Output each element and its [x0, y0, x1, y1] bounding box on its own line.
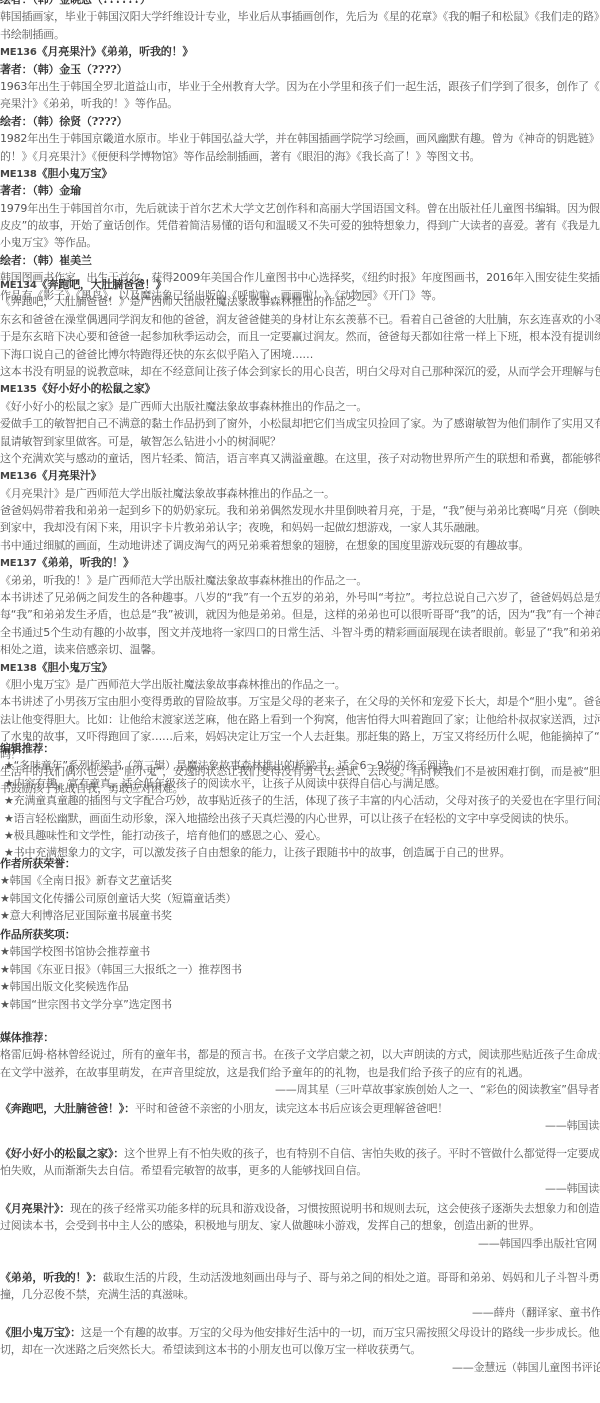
recommendation-item: ★内容有趣，富有童真，适合低年级孩子的阅读水平，让孩子从阅读中获得自信心与满足感… — [0, 775, 600, 792]
editor-recommendation: 编辑推荐： ★“多味童年”系列桥梁书（第三辑）是魔法象故事森林推出的桥梁书，适合… — [0, 740, 600, 862]
quote-title: 《胆小鬼万宝》： — [0, 1326, 81, 1339]
media-quote: 《弟弟，听我的！》：截取生活的片段，生动活泼地刻画出母与子、哥与弟之间的相处之道… — [0, 1269, 600, 1321]
intro-top: 绘者：（韩）金晓恩（??????） 韩国插画家，毕业于韩国汉阳大学纤维设计专业，… — [0, 0, 600, 304]
quote-text: 平时和爸爸不亲密的小朋友，读完这本书后应该会更理解爸爸吧！ — [135, 1102, 448, 1115]
book-code: ME136 — [0, 471, 37, 482]
section-heading: 作品所获奖项： — [0, 926, 242, 943]
honor-item: ★意大利博洛尼亚国际童书展童书奖 — [0, 907, 236, 924]
book-text-line: 这本书没有明显的说教意味，却在不经意间让孩子体会到家长的用心良苦，明白父母对自己… — [0, 363, 600, 380]
book-text-line: 下海口说自己的爸爸比博尔特跑得还快的东玄似乎陷入了困境…… — [0, 346, 600, 363]
recommendation-item: ★极具趣味性和文学性，能打动孩子，培育他们的感恩之心、爱心。 — [0, 827, 600, 844]
writer-bio-line: 1963年出生于韩国全罗北道益山市，毕业于全州教育大学。因为在小学里和孩子们一起… — [0, 78, 600, 95]
writer-label: 著者：（韩）金瑜 — [0, 182, 600, 199]
quote-text: 现在的孩子经常买功能多样的玩具和游戏设备，习惯按照说明书和规则去玩，这会使孩子逐… — [70, 1202, 600, 1215]
books-section: ME134《奔跑吧，大肚腩爸爸！》 《奔跑吧，大肚腩爸爸！》是广西师大出版社魔法… — [0, 276, 600, 798]
book-code-title: ME134《奔跑吧，大肚腩爸爸！》 — [0, 276, 600, 293]
quote-signature: ——韩国读者 — [0, 1117, 600, 1134]
illustrator-bio-line: 韩国插画家，毕业于韩国汉阳大学纤维设计专业，毕业后从事插画创作，先后为《星的花章… — [0, 8, 600, 25]
honor-item: ★韩国《全南日报》新春文艺童话奖 — [0, 872, 236, 889]
quote-title: 《奔跑吧，大肚腩爸爸！》： — [0, 1102, 135, 1115]
quote-text: 这个世界上有不怕失败的孩子，也有特别不自信、害怕失败的孩子。平时不管做什么都觉得… — [124, 1147, 600, 1160]
media-quote: 《好小好小的松鼠之家》：这个世界上有不怕失败的孩子，也有特别不自信、害怕失败的孩… — [0, 1145, 600, 1197]
illustrator-bio-line: 书绘制插画。 — [0, 26, 600, 43]
illustrator-label: 绘者：（韩）崔美兰 — [0, 252, 600, 269]
book-text-line: 爸爸妈妈带着我和弟弟一起到乡下的奶奶家玩。我和弟弟偶然发现水井里倒映着月亮，于是… — [0, 502, 600, 519]
book-title: 《胆小鬼万宝》 — [37, 661, 113, 674]
recommendation-item: ★语言轻松幽默，画面生动形象，深入地描绘出孩子天真烂漫的内心世界，可以让孩子在轻… — [0, 810, 600, 827]
book-title: 《月亮果汁》《弟弟，听我的！》 — [37, 45, 194, 58]
book-code-title: ME138《胆小鬼万宝》 — [0, 165, 600, 182]
section-heading: 媒体推荐： — [0, 1029, 600, 1046]
book-title: 《好小好小的松鼠之家》 — [37, 382, 156, 395]
book-text-line: 书中通过细腻的画面，生动地讲述了调皮淘气的两兄弟乘着想象的翅膀，在想象的国度里游… — [0, 537, 600, 554]
book-code: ME138 — [0, 169, 37, 180]
illustrator-bio-line: 的！》《月亮果汁》《便便科学博物馆》等作品绘制插画，著有《眼泪的海》《我长高了！… — [0, 148, 600, 165]
book-text-line: 东玄和爸爸在澡堂偶遇同学润友和他的爸爸，润友爸爸健美的身材让东玄羡慕不已。看着自… — [0, 311, 600, 328]
writer-bio-line: 皮皮”的故事，开始了童话创作。凭借着简洁易懂的语句和温暖又不失可爱的独特想象力，… — [0, 217, 600, 234]
book-code: ME138 — [0, 663, 37, 674]
book-text-line: 《弟弟，听我的！》是广西师范大学出版社魔法象故事森林推出的作品之一。 — [0, 572, 600, 589]
writer-label: 著者：（韩）金玉（????） — [0, 61, 600, 78]
book-text-line: 《胆小鬼万宝》是广西师范大学出版社魔法象故事森林推出的作品之一。 — [0, 676, 600, 693]
author-honors: 作者所获荣誉： ★韩国《全南日报》新春文艺童话奖 ★韩国文化传播公司原创童话大奖… — [0, 855, 236, 925]
book-text-line: 《月亮果汁》是广西师范大学出版社魔法象故事森林推出的作品之一。 — [0, 485, 600, 502]
book-code-title: ME136《月亮果汁》《弟弟，听我的！》 — [0, 43, 600, 60]
quote-text: 截取生活的片段，生动活泼地刻画出母与子、哥与弟之间的相处之道。哥哥和弟弟、妈妈和… — [103, 1271, 600, 1284]
book-text-line: 爱做手工的敏智把自己不满意的黏土作品扔到了窗外，小松鼠却把它们当成宝贝捡回了家。… — [0, 415, 600, 432]
book-text-line: 本书讲述了小男孩万宝由胆小变得勇敢的冒险故事。万宝是父母的老来子，在父母的关怀和… — [0, 693, 600, 710]
book-code: ME134 — [0, 280, 37, 291]
section-heading: 编辑推荐： — [0, 740, 600, 757]
media-text-line: 在文学中滋养，在故事里萌发，在声音里绽放，这是我们给予童年的的礼物，也是我们给予… — [0, 1064, 600, 1081]
book-text-line: 这个充满欢笑与感动的童话，图片轻柔、简洁，语言率真又满溢童趣。在这里，孩子对动物… — [0, 450, 600, 467]
quote-text: 切，却在一次迷路之后突然长大。希望读到这本书的小朋友也可以像万宝一样收获勇气。 — [0, 1341, 600, 1358]
section-heading: 作者所获荣誉： — [0, 855, 236, 872]
quote-text: 怕失败，从而渐渐失去自信。希望看完敏智的故事，更多的人能够找回自信。 — [0, 1162, 600, 1179]
writer-bio-line: 亮果汁》《弟弟，听我的！》等作品。 — [0, 95, 600, 112]
quote-text: 撞，几分忍俊不禁，充满生活的真滋味。 — [0, 1286, 600, 1303]
writer-bio-line: 小鬼万宝》等作品。 — [0, 234, 600, 251]
quote-signature: ——金慧远（韩国儿童图书评论家） — [0, 1359, 600, 1376]
media-text-line: 格雷厄姆·格林曾经说过，所有的童年书，都是的预言书。在孩子文学启蒙之初，以大声朗… — [0, 1046, 600, 1063]
writer-bio-line: 1979年出生于韩国首尔市，先后就读于首尔艺术大学文艺创作科和高丽大学国语国文科… — [0, 200, 600, 217]
quote-signature: ——韩国读者 — [0, 1180, 600, 1197]
quote-title: 《弟弟，听我的！》： — [0, 1271, 103, 1284]
award-item: ★韩国《东亚日报》（韩国三大报纸之一）推荐图书 — [0, 961, 242, 978]
book-title: 《胆小鬼万宝》 — [37, 167, 113, 180]
award-item: ★韩国出版文化奖候选作品 — [0, 978, 242, 995]
award-item: ★韩国“世宗图书文学分享”选定图书 — [0, 996, 242, 1013]
award-item: ★韩国学校图书馆协会推荐童书 — [0, 943, 242, 960]
quote-signature: ——韩国四季出版社官网 — [0, 1235, 600, 1252]
book-code-title: ME138《胆小鬼万宝》 — [0, 659, 600, 676]
book-code-title: ME137《弟弟，听我的！》 — [0, 554, 600, 571]
honor-item: ★韩国文化传播公司原创童话大奖（短篇童话类） — [0, 890, 236, 907]
recommendation-item: ★充满童真童趣的插图与文字配合巧妙，故事贴近孩子的生活，体现了孩子丰富的内心活动… — [0, 792, 600, 809]
book-title: 《弟弟，听我的！》 — [37, 556, 134, 569]
illustrator-label: 绘者：（韩）金晓恩（??????） — [0, 0, 600, 8]
media-quote: 《月亮果汁》：现在的孩子经常买功能多样的玩具和游戏设备，习惯按照说明书和规则去玩… — [0, 1200, 600, 1252]
book-code: ME137 — [0, 558, 37, 569]
book-title: 《月亮果汁》 — [37, 469, 102, 482]
quote-title: 《月亮果汁》： — [0, 1202, 70, 1215]
book-text-line: 每“我”和弟弟发生矛盾，也总是“我”被训，就因为他是弟弟。但是，这样的弟弟也可以… — [0, 606, 600, 623]
media-recommendation: 媒体推荐： 格雷厄姆·格林曾经说过，所有的童年书，都是的预言书。在孩子文学启蒙之… — [0, 1029, 600, 1099]
media-quote: 《胆小鬼万宝》：这是一个有趣的故事。万宝的父母为他安排好生活中的一切，而万宝只需… — [0, 1324, 600, 1376]
book-code: ME135 — [0, 384, 37, 395]
book-code-title: ME136《月亮果汁》 — [0, 467, 600, 484]
media-quote: 《奔跑吧，大肚腩爸爸！》：平时和爸爸不亲密的小朋友，读完这本书后应该会更理解爸爸… — [0, 1100, 600, 1135]
book-text-line: 法让他变得胆大。比如：让他给末渡家送芝麻，他在路上看到一个狗窝，他害怕得大叫着跑… — [0, 711, 600, 728]
book-text-line: 《奔跑吧，大肚腩爸爸！》是广西师大出版社魔法象故事森林推出的作品之一。 — [0, 293, 600, 310]
quote-signature: ——薛舟（翻译家、童书作家） — [0, 1304, 600, 1321]
book-text-line: 全书通过5个生动有趣的小故事，图文并茂地将一家四口的日常生活、斗智斗勇的精彩画面… — [0, 624, 600, 641]
illustrator-bio-line: 1982年出生于韩国京畿道水原市。毕业于韩国弘益大学，并在韩国插画学院学习绘画，… — [0, 130, 600, 147]
book-text-line: 鼠请敏智到家里做客。可是，敏智怎么钻进小小的树洞呢？ — [0, 433, 600, 450]
quote-title: 《好小好小的松鼠之家》： — [0, 1147, 124, 1160]
book-code: ME136 — [0, 47, 37, 58]
book-title: 《奔跑吧，大肚腩爸爸！》 — [37, 278, 167, 291]
book-text-line: 相处之道，读来倍感亲切、温馨。 — [0, 641, 600, 658]
book-text-line: 本书讲述了兄弟俩之间发生的各种趣事。八岁的“我”有一个五岁的弟弟，外号叫“考拉”… — [0, 589, 600, 606]
book-text-line: 《好小好小的松鼠之家》是广西师大出版社魔法象故事森林推出的作品之一。 — [0, 398, 600, 415]
quote-text: 过阅读本书，会受到书中主人公的感染，积极地与朋友、家人做趣味小游戏，发挥自己的想… — [0, 1217, 600, 1234]
media-signature: ——周其星（三叶草故事家族创始人之一、“彩色的阅读教室”倡导者） — [0, 1081, 600, 1098]
book-text-line: 到家中，我却没有闲下来，用识字卡片教弟弟认字；夜晚，和妈妈一起做幻想游戏，一家人… — [0, 519, 600, 536]
illustrator-label: 绘者：（韩）徐贤（????） — [0, 113, 600, 130]
recommendation-item: ★“多味童年”系列桥梁书（第三辑）是魔法象故事森林推出的桥梁书，适合6～9岁的孩… — [0, 757, 600, 774]
book-awards: 作品所获奖项： ★韩国学校图书馆协会推荐童书 ★韩国《东亚日报》（韩国三大报纸之… — [0, 926, 242, 1013]
book-code-title: ME135《好小好小的松鼠之家》 — [0, 380, 600, 397]
quote-text: 这是一个有趣的故事。万宝的父母为他安排好生活中的一切，而万宝只需按照父母设计的路… — [81, 1326, 600, 1339]
book-text-line: 于是东玄暗下决心要和爸爸一起参加秋季运动会，而且一定要赢过润友。然而，爸爸每天都… — [0, 328, 600, 345]
